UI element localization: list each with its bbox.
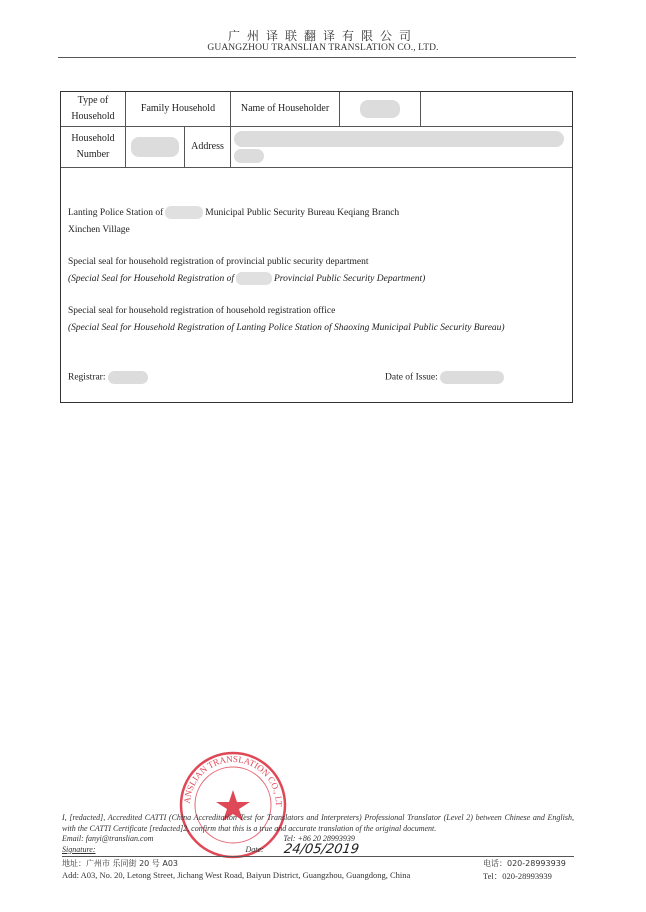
register-body: Lanting Police Station ofMunicipal Publi…	[68, 205, 505, 336]
address-label: Address	[185, 127, 231, 168]
date-label: Date:	[245, 845, 263, 854]
line1-post: Municipal Public Security Bureau Keqiang…	[205, 208, 399, 218]
tel-en: Tel：020-28993939	[483, 870, 552, 882]
signature-rule	[62, 856, 574, 857]
header-rule	[58, 57, 576, 58]
signature-label: Signature:	[62, 845, 95, 854]
number-value	[126, 127, 185, 168]
seal2-note: (Special Seal for Household Registration…	[68, 320, 505, 337]
line1-pre: Lanting Police Station of	[68, 208, 163, 218]
household-info-table: Type of Household Family Household Name …	[61, 92, 572, 168]
seal1-note-pre: (Special Seal for Household Registration…	[68, 274, 234, 284]
seal1-note-post: Provincial Public Security Department)	[274, 274, 425, 284]
type-label: Type of Household	[61, 92, 126, 127]
seal2-text: Special seal for household registration …	[68, 303, 505, 320]
number-label: Household Number	[61, 127, 126, 168]
householder-label: Name of Householder	[231, 92, 340, 127]
seal1-text: Special seal for household registration …	[68, 254, 505, 271]
handwritten-date: 24/05/2019	[283, 842, 360, 857]
address-cn: 地址：广州市 乐同街 20 号 A03	[62, 858, 178, 869]
date-of-issue: Date of Issue:	[385, 371, 504, 384]
village-line: Xinchen Village	[68, 222, 505, 239]
empty-cell	[421, 92, 573, 127]
tel-cn: 电话：020-28993939	[483, 858, 566, 869]
cert-text: I, [redacted], Accredited CATTI (China A…	[62, 813, 574, 834]
address-value	[231, 127, 573, 168]
company-name-cn: 广州译联翻译有限公司	[0, 27, 646, 44]
registrar: Registrar:	[68, 371, 148, 384]
householder-value	[340, 92, 421, 127]
address-en: Add: A03, No. 20, Letong Street, Jichang…	[62, 870, 410, 880]
type-value: Family Household	[126, 92, 231, 127]
company-name-en: GUANGZHOU TRANSLIAN TRANSLATION CO., LTD…	[0, 43, 646, 53]
household-register-frame: Type of Household Family Household Name …	[60, 91, 573, 403]
cert-email: Email: fanyi@translian.com	[62, 834, 153, 843]
